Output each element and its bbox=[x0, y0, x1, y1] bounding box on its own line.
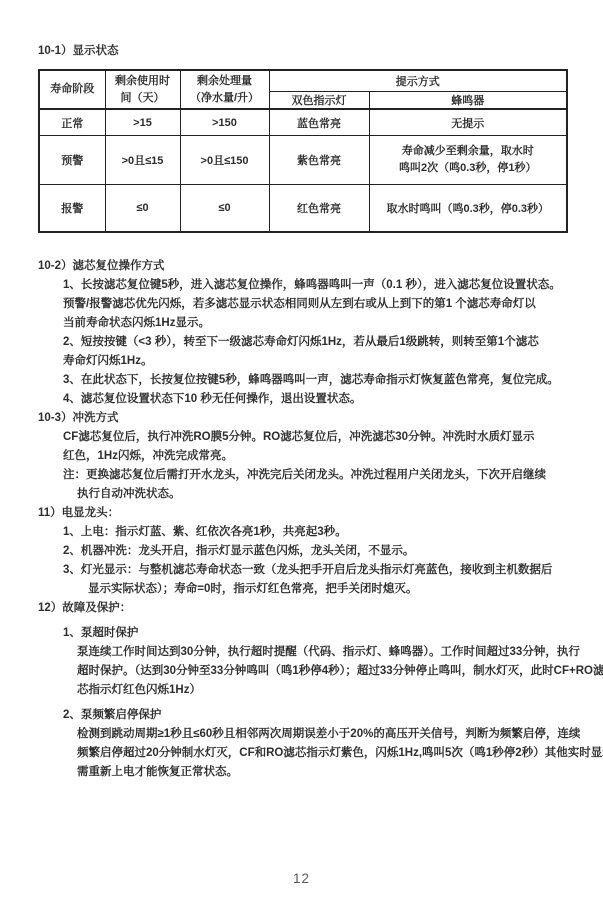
col-header-life-stage: 寿命阶段 bbox=[39, 70, 105, 109]
cell-volume: ≤0 bbox=[180, 185, 269, 233]
text-line: 1、上电：指示灯蓝、紫、红依次各亮1秒，共亮起3秒。 bbox=[38, 523, 573, 542]
text-line: 频繁启停超过20分钟制水灯灭，CF和RO滤芯指示灯紫色，闪烁1Hz,鸣叫5次（鸣… bbox=[38, 744, 573, 763]
text-line: 2、短按按键（<3 秒），转至下一级滤芯寿命灯闪烁1Hz，若从最后1级跳转，则转… bbox=[38, 333, 573, 352]
page-content: 10-1）显示状态 寿命阶段 剩余使用时 间（天） 剩余处理量 （净水量/升） … bbox=[0, 0, 603, 782]
text-line: 检测到跳动周期≥1秒且≤60秒且相邻两次周期误差小于20%的高压开关信号，判断为… bbox=[38, 725, 573, 744]
cell-days: >15 bbox=[105, 109, 180, 136]
cell-stage: 报警 bbox=[39, 185, 105, 233]
text-line: 显示实际状态）；寿命=0时，指示灯红色常亮，把手关闭时熄灭。 bbox=[38, 580, 573, 599]
body-text-sections: 10-2）滤芯复位操作方式1、长按滤芯复位键5秒，进入滤芯复位操作，蜂鸣器鸣叫一… bbox=[38, 257, 573, 782]
cell-volume: >0且≤150 bbox=[180, 136, 269, 185]
col-header-prompt-mode: 提示方式 bbox=[269, 70, 567, 92]
text-line: 1、长按滤芯复位键5秒，进入滤芯复位操作，蜂鸣器鸣叫一声（0.1 秒），进入滤芯… bbox=[38, 276, 573, 295]
cell-led: 蓝色常亮 bbox=[269, 109, 369, 136]
cell-stage: 预警 bbox=[39, 136, 105, 185]
col-header-dual-color-led: 双色指示灯 bbox=[269, 92, 369, 110]
cell-buzzer: 无提示 bbox=[369, 109, 567, 136]
table-row-prewarning: 预警 >0且≤15 >0且≤150 紫色常亮 寿命减少至剩余量，取水时 鸣叫2次… bbox=[39, 136, 567, 185]
cell-led: 红色常亮 bbox=[269, 185, 369, 233]
section-heading: 10-2）滤芯复位操作方式 bbox=[38, 257, 573, 276]
text-line: 3、在此状态下，长按复位按键5秒，蜂鸣器鸣叫一声，滤芯寿命指示灯恢复蓝色常亮，复… bbox=[38, 371, 573, 390]
cell-days: >0且≤15 bbox=[105, 136, 180, 185]
text-line: CF滤芯复位后，执行冲洗RO膜5分钟。RO滤芯复位后，冲洗滤芯30分钟。冲洗时水… bbox=[38, 428, 573, 447]
col-header-buzzer: 蜂鸣器 bbox=[369, 92, 567, 110]
table-row-normal: 正常 >15 >150 蓝色常亮 无提示 bbox=[39, 109, 567, 136]
text-line: 2、泵频繁启停保护 bbox=[38, 706, 573, 725]
section-heading: 11）电显龙头： bbox=[38, 504, 573, 523]
manual-page: 10-1）显示状态 寿命阶段 剩余使用时 间（天） 剩余处理量 （净水量/升） … bbox=[0, 0, 603, 908]
text-line: 需重新上电才能恢复正常状态。 bbox=[38, 763, 573, 782]
text-line: 寿命灯闪烁1Hz。 bbox=[38, 352, 573, 371]
cell-led: 紫色常亮 bbox=[269, 136, 369, 185]
text-line: 预警/报警滤芯优先闪烁，若多滤芯显示状态相同则从左到右或从上到下的第1 个滤芯寿… bbox=[38, 295, 573, 314]
cell-stage: 正常 bbox=[39, 109, 105, 136]
col-header-remaining-volume: 剩余处理量 （净水量/升） bbox=[180, 70, 269, 109]
text-line: 1、泵超时保护 bbox=[38, 624, 573, 643]
display-status-table: 寿命阶段 剩余使用时 间（天） 剩余处理量 （净水量/升） 提示方式 双色指示灯… bbox=[38, 69, 568, 233]
col-header-remaining-days: 剩余使用时 间（天） bbox=[105, 70, 180, 109]
section-heading: 10-3）冲洗方式 bbox=[38, 409, 573, 428]
text-line: 注：更换滤芯复位后需打开水龙头，冲洗完后关闭龙头。冲洗过程用户关闭龙头，下次开启… bbox=[38, 466, 573, 485]
text-line: 芯指示灯红色闪烁1Hz） bbox=[38, 681, 573, 700]
table-header-row-1: 寿命阶段 剩余使用时 间（天） 剩余处理量 （净水量/升） 提示方式 bbox=[39, 70, 567, 92]
cell-days: ≤0 bbox=[105, 185, 180, 233]
cell-volume: >150 bbox=[180, 109, 269, 136]
table-row-alarm: 报警 ≤0 ≤0 红色常亮 取水时鸣叫（鸣0.3秒，停0.3秒） bbox=[39, 185, 567, 233]
text-line: 泵连续工作时间达到30分钟，执行超时提醒（代码、指示灯、蜂鸣器）。工作时间超过3… bbox=[38, 643, 573, 662]
cell-buzzer: 取水时鸣叫（鸣0.3秒，停0.3秒） bbox=[369, 185, 567, 233]
section-heading: 12）故障及保护： bbox=[38, 599, 573, 618]
text-line: 3、灯光显示：与整机滤芯寿命状态一致（龙头把手开启后龙头指示灯亮蓝色，接收到主机… bbox=[38, 561, 573, 580]
page-number: 12 bbox=[0, 871, 603, 886]
text-line: 红色，1Hz闪烁，冲洗完成常亮。 bbox=[38, 447, 573, 466]
text-line: 当前寿命状态闪烁1Hz显示。 bbox=[38, 314, 573, 333]
cell-buzzer: 寿命减少至剩余量，取水时 鸣叫2次（鸣0.3秒，停1秒） bbox=[369, 136, 567, 185]
text-line: 执行自动冲洗状态。 bbox=[38, 485, 573, 504]
text-line: 4、滤芯复位设置状态下10 秒无任何操作，退出设置状态。 bbox=[38, 390, 573, 409]
section-heading-display-status: 10-1）显示状态 bbox=[38, 42, 573, 61]
text-line: 2、机器冲洗：龙头开启，指示灯显示蓝色闪烁，龙头关闭，不显示。 bbox=[38, 542, 573, 561]
text-line: 超时保护。（达到30分钟至33分钟鸣叫（鸣1秒停4秒）；超过33分钟停止鸣叫，制… bbox=[38, 662, 573, 681]
